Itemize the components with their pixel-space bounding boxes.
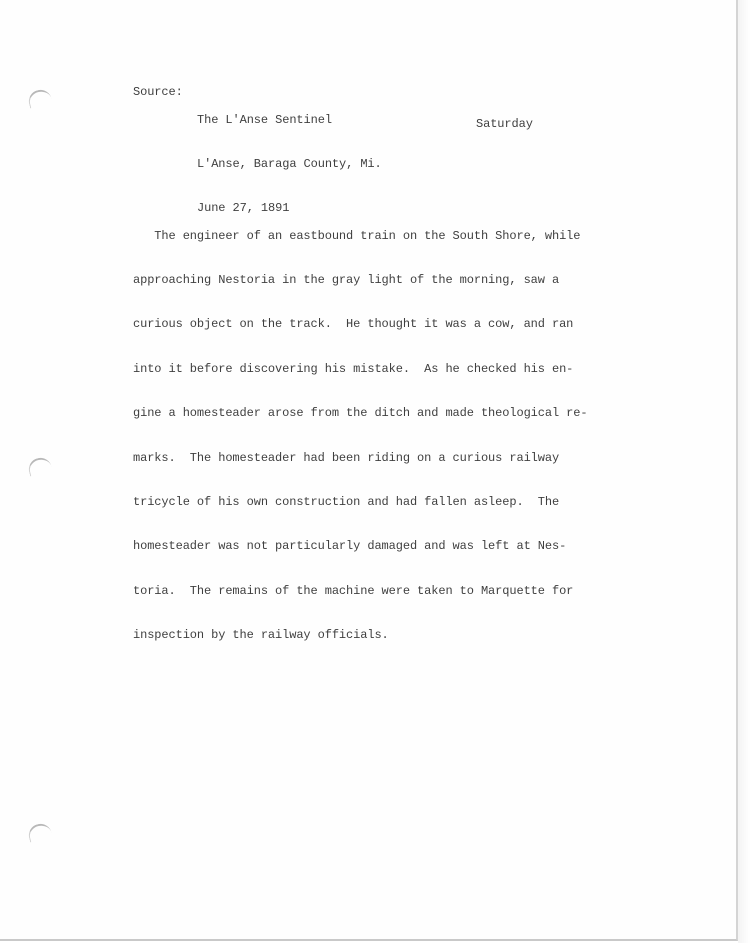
- article-line: approaching Nestoria in the gray light o…: [133, 273, 587, 288]
- article-line: curious object on the track. He thought …: [133, 317, 587, 332]
- article-line: gine a homesteader arose from the ditch …: [133, 406, 587, 421]
- punch-hole-mark-top: [26, 87, 52, 108]
- article-line: tricycle of his own construction and had…: [133, 495, 587, 510]
- article-line: into it before discovering his mistake. …: [133, 362, 587, 377]
- punch-hole-mark-middle: [26, 455, 52, 476]
- article-body: The engineer of an eastbound train on th…: [133, 199, 587, 673]
- source-label: Source:: [133, 84, 183, 100]
- article-line: The engineer of an eastbound train on th…: [133, 229, 587, 244]
- punch-hole-mark-bottom: [26, 821, 52, 842]
- document-page: Source: The L'Anse Sentinel L'Anse, Bara…: [0, 0, 738, 941]
- article-line: homesteader was not particularly damaged…: [133, 539, 587, 554]
- publication-name: The L'Anse Sentinel: [197, 112, 382, 128]
- publication-weekday: Saturday: [476, 116, 533, 132]
- publication-location: L'Anse, Baraga County, Mi.: [197, 156, 382, 172]
- article-line: toria. The remains of the machine were t…: [133, 584, 587, 599]
- article-line: marks. The homesteader had been riding o…: [133, 451, 587, 466]
- page-edge-shadow: [738, 0, 750, 943]
- article-line: inspection by the railway officials.: [133, 628, 587, 643]
